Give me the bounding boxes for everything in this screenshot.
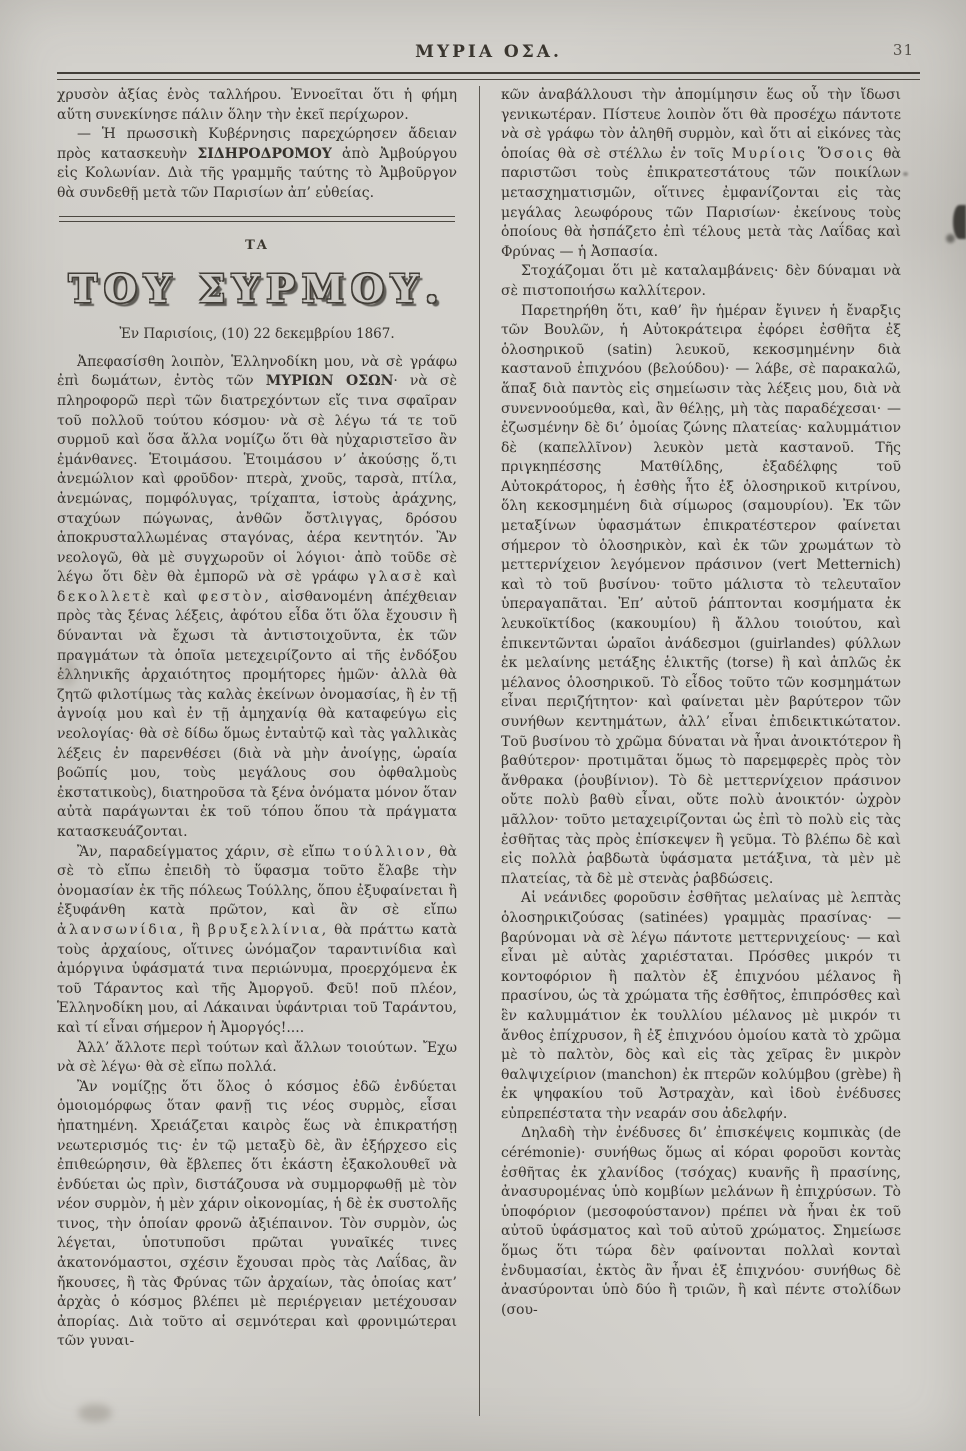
body-text: Ἀλλ’ ἄλλοτε περὶ τούτων καὶ ἄλλων τοιούτ…	[57, 1040, 457, 1076]
letterspaced-text: Μυρίοις Ὅσοις	[732, 146, 876, 162]
page-header: ΜΥΡΙΑ ΟΣΑ. 31	[57, 34, 920, 72]
paragraph: Ἀπεφασίσθη λοιπὸν, Ἑλληνοδίκη μου, νὰ σὲ…	[57, 353, 457, 843]
letterspaced-text: δεκολλετὲ	[57, 589, 153, 605]
paragraph: Ἂν, παραδείγματος χάριν, σὲ εἴπω τούλλιο…	[57, 843, 457, 1039]
paragraph: Ἂν νομίζῃς ὅτι ὅλος ὁ κόσμος ἐδῶ ἐνδύετα…	[57, 1078, 457, 1352]
letterspaced-text: ἀλανσωνίδια	[57, 922, 179, 938]
column-gap	[457, 86, 501, 1416]
body-text: Ἂν νομίζῃς ὅτι ὅλος ὁ κόσμος ἐδῶ ἐνδύετα…	[57, 1079, 457, 1350]
section-dateline: Ἐν Παρισίοις, (10) 22 δεκεμβρίου 1867.	[57, 325, 457, 345]
right-column: κῶν ἀναβάλλουσι τὴν ἀπομίμησιν ἕως οὗ τὴ…	[501, 86, 901, 1416]
body-text: Ἂν, παραδείγματος χάριν, σὲ εἴπω	[77, 844, 342, 860]
body-text: θὰ παριστῶσι τοὺς ἐπικρατεστάτους τῶν πο…	[501, 146, 901, 260]
body-text: Δηλαδὴ τὴν ἐνέδυσες δι’ ἐπισκέψεις κομπι…	[501, 1125, 901, 1317]
column-divider	[479, 86, 480, 1416]
body-text: · νὰ σὲ πληροφορῶ περὶ τῶν διατρεχόντων …	[57, 373, 457, 585]
body-text: , αἰσθανομένη ἀπέχθειαν πρὸς τὰς ξένας λ…	[57, 589, 457, 840]
left-column: χρυσὸν ἀξίας ἑνὸς ταλλήρου. Ἐννοεῖται ὅτ…	[57, 86, 457, 1416]
letterspaced-text: φεστὸν	[198, 589, 264, 605]
bold-text: ΜΥΡΙΩΝ ΟΣΩΝ	[266, 373, 394, 389]
body-text: καὶ	[424, 569, 457, 585]
body-text: καὶ	[153, 589, 199, 605]
page-smudge	[78, 1404, 112, 1422]
bold-text: ΣΙΔΗΡΟΔΡΟΜΟΥ	[197, 146, 332, 162]
body-text: , θὰ πράττω κατὰ τοὺς ἀρχαίους, οἵτινες …	[57, 922, 457, 1036]
body-text: , ἢ	[179, 922, 208, 938]
header-rule	[57, 72, 920, 80]
ink-speck	[946, 234, 955, 243]
section-title: ΤΟΥ ΣΥΡΜΟΥ.	[57, 267, 457, 311]
newspaper-page: ΜΥΡΙΑ ΟΣΑ. 31 χρυσὸν ἀξίας ἑνὸς ταλλήρου…	[0, 0, 966, 1451]
page-title: ΜΥΡΙΑ ΟΣΑ.	[57, 42, 920, 62]
page-number: 31	[893, 41, 914, 59]
body-text: χρυσὸν ἀξίας ἑνὸς ταλλήρου. Ἐννοεῖται ὅτ…	[57, 87, 457, 123]
letterspaced-text: βρυξελλίνια	[208, 922, 322, 938]
body-text: Παρετηρήθη ὅτι, καθ’ ἣν ἡμέραν ἔγινεν ἡ …	[501, 303, 901, 887]
paragraph: χρυσὸν ἀξίας ἑνὸς ταλλήρου. Ἐννοεῖται ὅτ…	[57, 86, 457, 125]
ink-blot	[953, 205, 966, 239]
paragraph: Ἀλλ’ ἄλλοτε περὶ τούτων καὶ ἄλλων τοιούτ…	[57, 1039, 457, 1078]
paragraph: Παρετηρήθη ὅτι, καθ’ ἣν ἡμέραν ἔγινεν ἡ …	[501, 302, 901, 890]
text-columns: χρυσὸν ἀξίας ἑνὸς ταλλήρου. Ἐννοεῖται ὅτ…	[57, 86, 920, 1416]
paragraph: — Ἡ πρωσσικὴ Κυβέρνησις παρεχώρησεν ἄδει…	[57, 125, 457, 203]
body-text: Αἱ νεάνιδες φοροῦσιν ἐσθῆτας μελαίνας μὲ…	[501, 890, 901, 1122]
paragraph: Δηλαδὴ τὴν ἐνέδυσες δι’ ἐπισκέψεις κομπι…	[501, 1124, 901, 1320]
section-divider	[59, 216, 455, 222]
paragraph: Στοχάζομαι ὅτι μὲ καταλαμβάνεις· δὲν δύν…	[501, 262, 901, 301]
page-smudge	[60, 660, 76, 686]
paragraph: Αἱ νεάνιδες φοροῦσιν ἐσθῆτας μελαίνας μὲ…	[501, 889, 901, 1124]
section-kicker: ΤΑ	[57, 236, 457, 256]
letterspaced-text: τούλλιον	[342, 844, 427, 860]
paragraph: κῶν ἀναβάλλουσι τὴν ἀπομίμησιν ἕως οὗ τὴ…	[501, 86, 901, 262]
ink-speck	[903, 172, 908, 176]
letterspaced-text: γλασὲ	[368, 569, 424, 585]
body-text: Στοχάζομαι ὅτι μὲ καταλαμβάνεις· δὲν δύν…	[501, 263, 901, 299]
